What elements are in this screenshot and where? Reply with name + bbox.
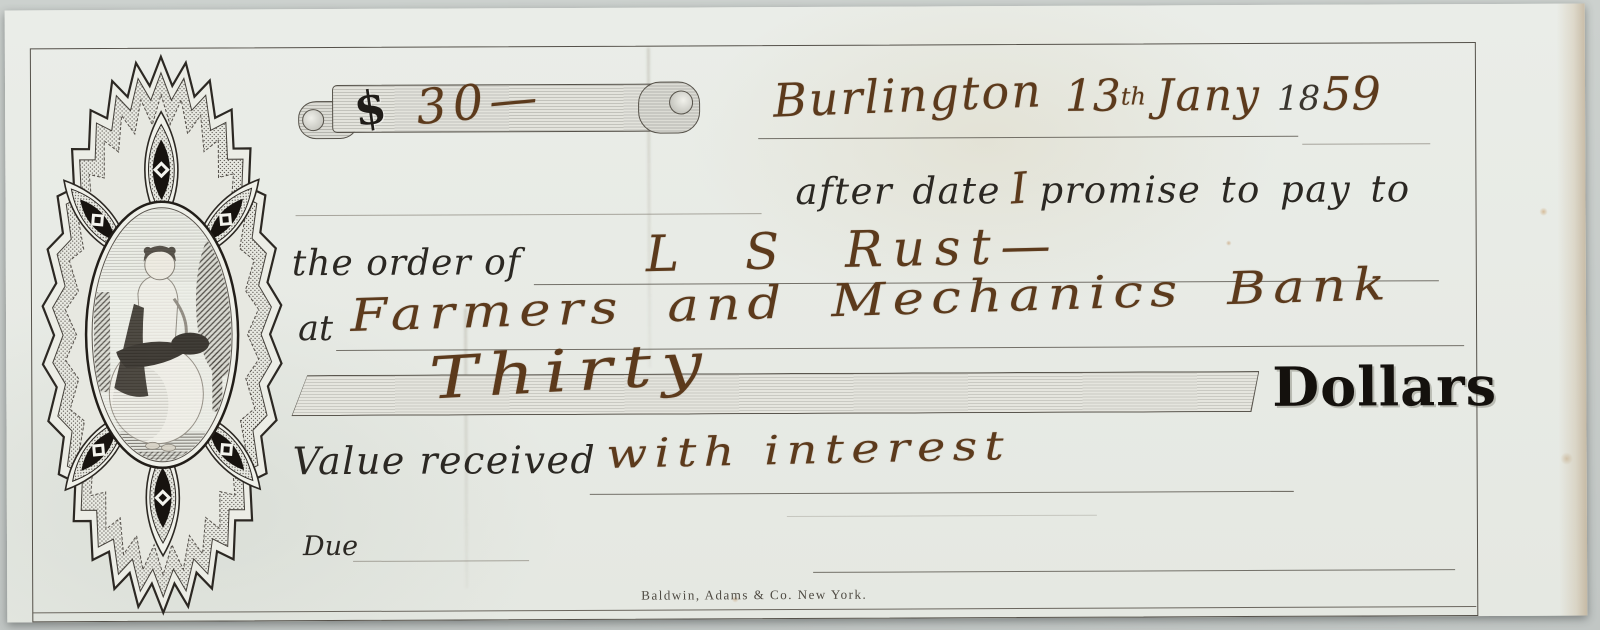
paper-aged-edge [1557,4,1588,616]
day-suffix-handwritten: th [1121,82,1146,110]
scanned-note: $ 30— Burlington13thJany1859 after dateI… [0,0,1600,630]
at-printed: at [298,309,333,349]
note-paper: $ 30— Burlington13thJany1859 after dateI… [5,4,1588,623]
year-handwritten: 59 [1322,66,1381,120]
year-printed: 18 [1277,79,1320,119]
interest-handwritten: with interest [606,423,1012,478]
promise-printed: promise to pay to [1039,167,1410,212]
place-handwritten: Burlington [772,63,1044,128]
day-handwritten: 13 [1065,71,1121,122]
amount-figures-handwritten: 30— [414,69,546,136]
scroll-right-curl-icon [638,81,700,133]
order-of-printed: the order of [292,242,521,284]
pronoun-handwritten: I [1009,163,1031,214]
due-printed: Due [303,531,358,562]
value-received-printed: Value received [293,438,597,483]
month-handwritten: Jany [1156,70,1261,121]
promise-line: after dateIpromise to pay to [795,162,1410,215]
amount-scroll-banner: $ 30— [298,81,700,143]
dollars-printed: Dollars [1272,354,1497,419]
date-line: Burlington13thJany1859 [773,66,1381,139]
after-date-printed: after date [795,169,1001,213]
seated-woman-vignette [35,51,289,618]
